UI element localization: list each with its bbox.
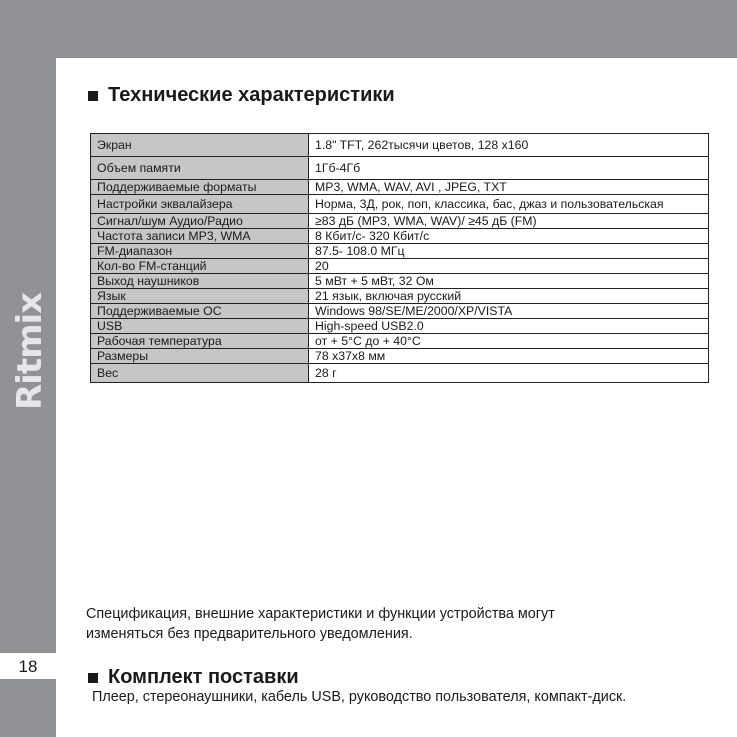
disclaimer: Спецификация, внешние характеристики и ф… [86,604,646,644]
spec-key: Объем памяти [91,157,309,180]
spec-key: USB [91,319,309,334]
table-row: Размеры78 x37x8 мм [91,349,709,364]
disclaimer-line-2: изменяться без предварительного уведомле… [86,624,646,644]
specs-heading-text: Технические характеристики [108,84,395,107]
brand-logo: Ritmix [10,293,50,410]
page-number: 18 [0,655,56,679]
table-row: Язык21 язык, включая русский [91,289,709,304]
spec-value: от + 5°C до + 40°C [309,334,709,349]
spec-value: 1Гб-4Гб [309,157,709,180]
spec-key: Настройки эквалайзера [91,195,309,214]
square-bullet-icon [88,673,98,683]
spec-value: 21 язык, включая русский [309,289,709,304]
spec-value: 78 x37x8 мм [309,349,709,364]
table-row: Частота записи MP3, WMA8 Кбит/с- 320 Кби… [91,229,709,244]
spec-value: 8 Кбит/с- 320 Кбит/с [309,229,709,244]
spec-value: 1.8" TFT, 262тысячи цветов, 128 x160 [309,134,709,157]
spec-key: Размеры [91,349,309,364]
table-row: Экран1.8" TFT, 262тысячи цветов, 128 x16… [91,134,709,157]
table-row: Выход наушников5 мВт + 5 мВт, 32 Ом [91,274,709,289]
spec-key: Рабочая температура [91,334,309,349]
spec-value: High-speed USB2.0 [309,319,709,334]
square-bullet-icon [88,91,98,101]
table-row: Поддерживаемые форматыMP3, WMA, WAV, AVI… [91,180,709,195]
top-gray-band [0,0,737,58]
table-row: FM-диапазон87.5- 108.0 МГц [91,244,709,259]
spec-key: FM-диапазон [91,244,309,259]
kit-heading: Комплект поставки [88,666,299,689]
specs-heading: Технические характеристики [88,84,395,107]
table-row: Сигнал/шум Аудио/Радио≥83 дБ (MP3, WMA, … [91,214,709,229]
spec-key: Сигнал/шум Аудио/Радио [91,214,309,229]
spec-value: MP3, WMA, WAV, AVI , JPEG, TXT [309,180,709,195]
spec-key: Экран [91,134,309,157]
table-row: Рабочая температураот + 5°C до + 40°C [91,334,709,349]
spec-value: ≥83 дБ (MP3, WMA, WAV)/ ≥45 дБ (FM) [309,214,709,229]
spec-key: Частота записи MP3, WMA [91,229,309,244]
table-row: USBHigh-speed USB2.0 [91,319,709,334]
spec-key: Поддерживаемые форматы [91,180,309,195]
table-row: Настройки эквалайзераНорма, 3Д, рок, поп… [91,195,709,214]
spec-key: Поддерживаемые ОС [91,304,309,319]
spec-value: 87.5- 108.0 МГц [309,244,709,259]
spec-value: Норма, 3Д, рок, поп, классика, бас, джаз… [309,195,709,214]
table-row: Объем памяти1Гб-4Гб [91,157,709,180]
table-row: Кол-во FM-станций20 [91,259,709,274]
spec-table: Экран1.8" TFT, 262тысячи цветов, 128 x16… [90,133,709,383]
kit-contents: Плеер, стереонаушники, кабель USB, руков… [92,688,626,706]
kit-heading-text: Комплект поставки [108,666,299,689]
spec-key: Язык [91,289,309,304]
spec-value: 28 г [309,364,709,383]
disclaimer-line-1: Спецификация, внешние характеристики и ф… [86,604,646,624]
spec-value: 5 мВт + 5 мВт, 32 Ом [309,274,709,289]
spec-key: Выход наушников [91,274,309,289]
table-row: Поддерживаемые ОСWindows 98/SE/ME/2000/X… [91,304,709,319]
spec-key: Кол-во FM-станций [91,259,309,274]
table-row: Вес28 г [91,364,709,383]
spec-value: 20 [309,259,709,274]
spec-value: Windows 98/SE/ME/2000/XP/VISTA [309,304,709,319]
left-gray-band-lower [0,679,56,737]
spec-key: Вес [91,364,309,383]
